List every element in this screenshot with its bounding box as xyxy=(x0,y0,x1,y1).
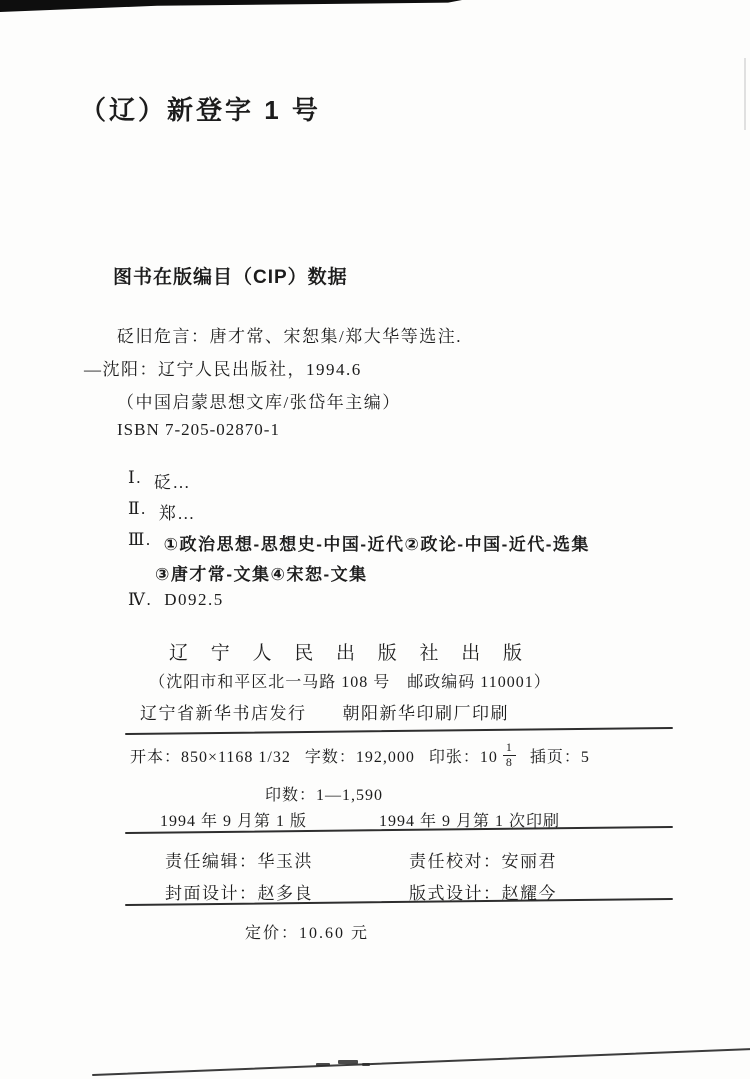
book-copyright-page: （辽）新登字 1 号 图书在版编目（CIP）数据 砭旧危言：唐才常、宋恕集/郑大… xyxy=(0,0,750,1079)
scan-speck xyxy=(316,1063,330,1066)
cover-designer: 封面设计：赵多良 xyxy=(165,879,313,904)
edition-info: 1994 年 9 月第 1 版 xyxy=(160,808,307,831)
cip-item-4: Ⅳ. D092.5 xyxy=(128,590,224,610)
publisher-address-line: （沈阳市和平区北一马路 108 号 邮政编码 110001） xyxy=(0,669,700,692)
roman-numeral: Ⅰ. xyxy=(128,468,142,493)
cip-item-2: Ⅱ. 郑… xyxy=(128,499,196,524)
fraction-one-eighth: 1 8 xyxy=(503,741,516,770)
printer: 朝阳新华印刷厂印刷 xyxy=(343,699,510,724)
registration-number: （辽）新登字 1 号 xyxy=(80,90,321,127)
price-line: 定价：10.60 元 xyxy=(245,920,369,943)
roman-numeral: Ⅳ. xyxy=(128,590,152,610)
cip-item-1: Ⅰ. 砭… xyxy=(128,468,191,493)
distribution-line: 辽宁省新华书店发行 朝阳新华印刷厂印刷 xyxy=(140,699,540,724)
cip-publisher-line: —沈阳：辽宁人民出版社，1994.6 xyxy=(84,355,362,380)
scan-speck xyxy=(362,1063,370,1066)
word-count: 字数：192,000 xyxy=(305,744,415,767)
cip-heading: 图书在版编目（CIP）数据 xyxy=(113,262,348,289)
print-spec-line: 开本：850×1168 1/32 字数：192,000 印张：10 1 8 插页… xyxy=(130,741,590,770)
proofreader: 责任校对：安丽君 xyxy=(409,847,557,872)
scan-streak xyxy=(744,58,746,130)
scan-edge-artifact-top xyxy=(0,0,462,12)
isbn-line: ISBN 7-205-02870-1 xyxy=(117,420,280,440)
print-run-line: 印数：1—1,590 xyxy=(265,782,383,805)
responsible-editor: 责任编辑：华玉洪 xyxy=(165,847,313,872)
roman-numeral: Ⅱ. xyxy=(128,499,147,524)
insert-count: 插页：5 xyxy=(530,744,590,767)
cip-series-line: （中国启蒙思想文库/张岱年主编） xyxy=(117,388,401,413)
cip-item-3-continued: ③唐才常-文集④宋恕-文集 xyxy=(155,560,368,585)
roman-numeral: Ⅲ. xyxy=(128,530,152,555)
scan-speck xyxy=(338,1060,358,1064)
staff-row-1: 责任编辑：华玉洪 责任校对：安丽君 xyxy=(165,847,557,872)
cip-title-line: 砭旧危言：唐才常、宋恕集/郑大华等选注. xyxy=(117,322,462,347)
cip-item-3: Ⅲ. ①政治思想-思想史-中国-近代②政论-中国-近代-选集 xyxy=(128,530,590,555)
format-spec: 开本：850×1168 1/32 xyxy=(130,744,291,767)
publisher-name-line: 辽 宁 人 民 出 版 社 出 版 xyxy=(0,638,700,665)
distributor: 辽宁省新华书店发行 xyxy=(140,699,307,724)
divider-rule-1 xyxy=(125,727,673,735)
scan-edge-artifact-bottom xyxy=(92,1048,750,1076)
sheet-count: 印张：10 1 8 xyxy=(429,741,516,770)
